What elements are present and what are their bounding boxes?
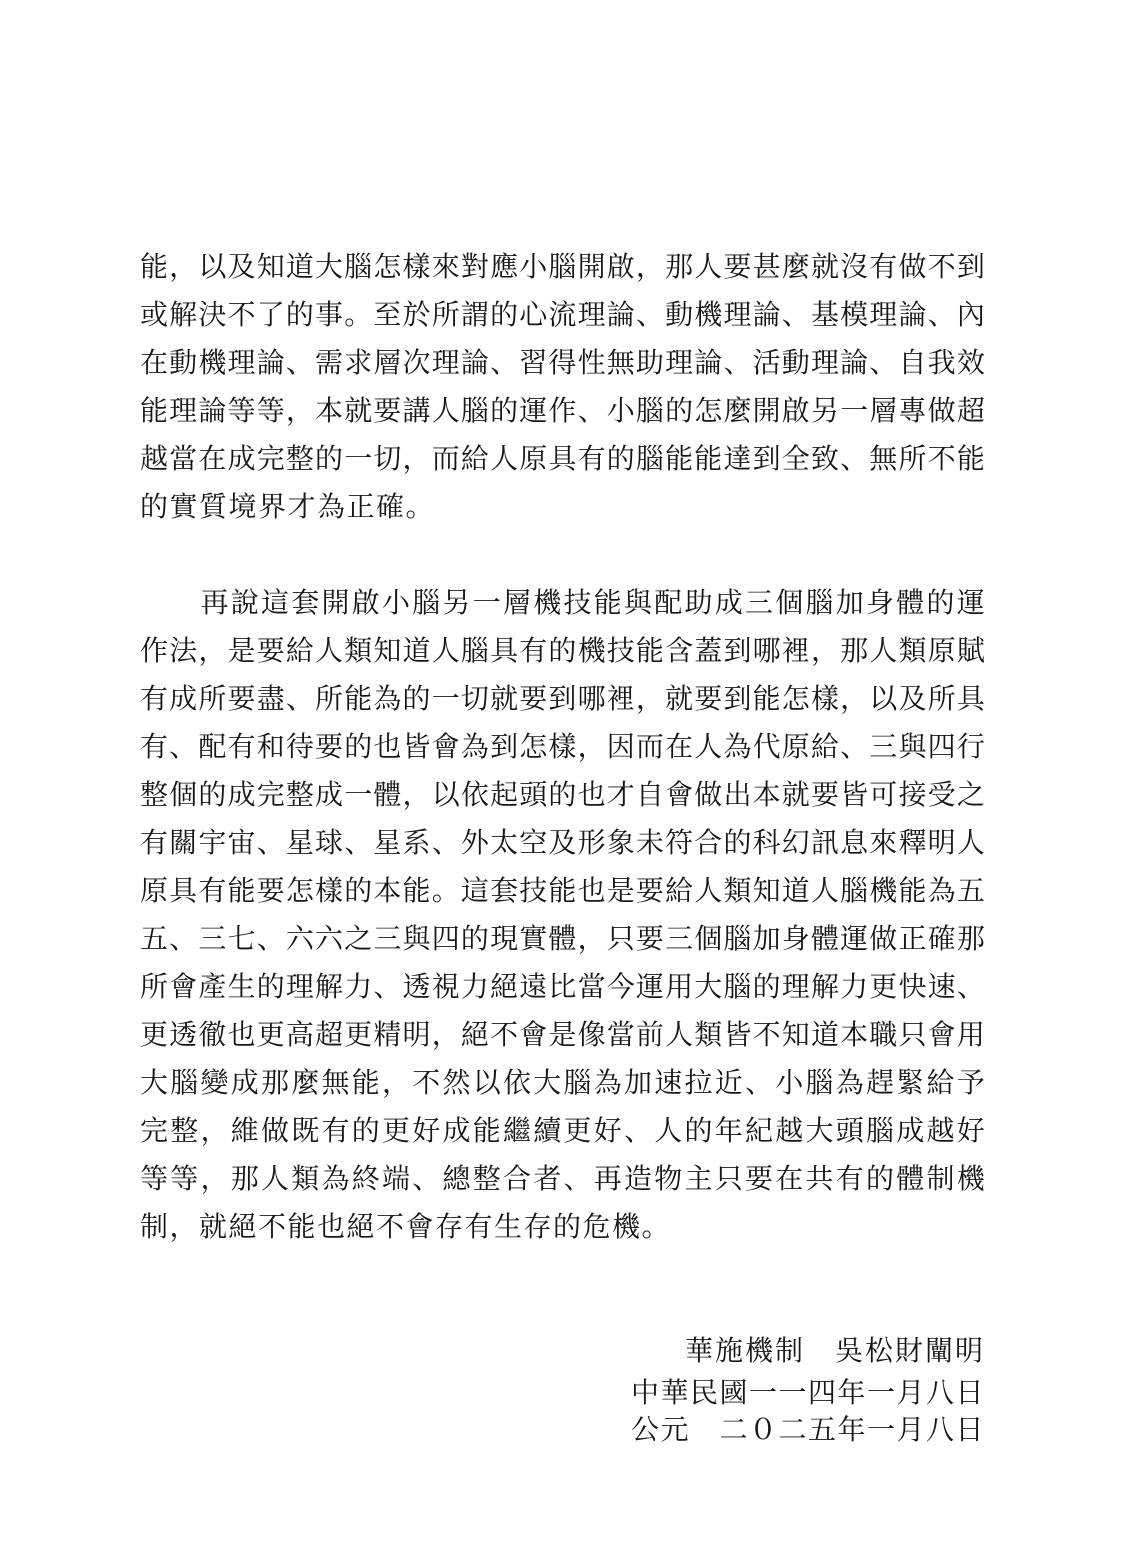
text-line: 完整，維做既有的更好成能繼續更好、人的年紀越大頭腦成越好 xyxy=(140,1107,985,1155)
text-line: 有成所要盡、所能為的一切就要到哪裡，就要到能怎樣，以及所具 xyxy=(140,675,985,723)
text-line: 整個的成完整成一體，以依起頭的也才自會做出本就要皆可接受之 xyxy=(140,771,985,819)
document-page: 能，以及知道大腦怎樣來對應小腦開啟，那人要甚麼就沒有做不到 或解決不了的事。至於… xyxy=(0,0,1128,1565)
signature-name-line: 華施機制 吳松財闡明 xyxy=(425,1328,985,1374)
text-line: 制，就絕不能也絕不會存有生存的危機。 xyxy=(140,1203,985,1251)
text-line: 能，以及知道大腦怎樣來對應小腦開啟，那人要甚麼就沒有做不到 xyxy=(140,243,985,291)
signature-block: 華施機制 吳松財闡明 中華民國一一四年一月八日 公元 二０二五年一月八日 xyxy=(425,1328,985,1448)
text-line: 能理論等等，本就要講人腦的運作、小腦的怎麼開啟另一層專做超 xyxy=(140,387,985,435)
text-line: 大腦變成那麼無能，不然以依大腦為加速拉近、小腦為趕緊給予 xyxy=(140,1059,985,1107)
paragraph-1: 能，以及知道大腦怎樣來對應小腦開啟，那人要甚麼就沒有做不到 或解決不了的事。至於… xyxy=(140,243,985,531)
text-line: 五、三七、六六之三與四的現實體，只要三個腦加身體運做正確那 xyxy=(140,915,985,963)
text-line: 所會產生的理解力、透視力絕遠比當今運用大腦的理解力更快速、 xyxy=(140,963,985,1011)
text-line: 的實質境界才為正確。 xyxy=(140,483,985,531)
text-line: 有關宇宙、星球、星系、外太空及形象未符合的科幻訊息來釋明人 xyxy=(140,819,985,867)
text-line: 越當在成完整的一切，而給人原具有的腦能能達到全致、無所不能 xyxy=(140,435,985,483)
text-line: 等等，那人類為終端、總整合者、再造物主只要在共有的體制機 xyxy=(140,1155,985,1203)
body-text: 能，以及知道大腦怎樣來對應小腦開啟，那人要甚麼就沒有做不到 或解決不了的事。至於… xyxy=(140,243,985,1251)
text-line: 作法，是要給人類知道人腦具有的機技能含蓋到哪裡，那人類原賦 xyxy=(140,627,985,675)
text-line: 再說這套開啟小腦另一層機技能與配助成三個腦加身體的運 xyxy=(140,579,985,627)
signature-date-roc: 中華民國一一四年一月八日 xyxy=(425,1374,985,1411)
signature-date-ce: 公元 二０二五年一月八日 xyxy=(425,1411,985,1448)
paragraph-2: 再說這套開啟小腦另一層機技能與配助成三個腦加身體的運 作法，是要給人類知道人腦具… xyxy=(140,579,985,1251)
text-line: 原具有能要怎樣的本能。這套技能也是要給人類知道人腦機能為五 xyxy=(140,867,985,915)
text-line: 在動機理論、需求層次理論、習得性無助理論、活動理論、自我效 xyxy=(140,339,985,387)
text-line: 更透徹也更高超更精明，絕不會是像當前人類皆不知道本職只會用 xyxy=(140,1011,985,1059)
text-line: 有、配有和待要的也皆會為到怎樣，因而在人為代原給、三與四行 xyxy=(140,723,985,771)
text-line: 或解決不了的事。至於所謂的心流理論、動機理論、基模理論、內 xyxy=(140,291,985,339)
